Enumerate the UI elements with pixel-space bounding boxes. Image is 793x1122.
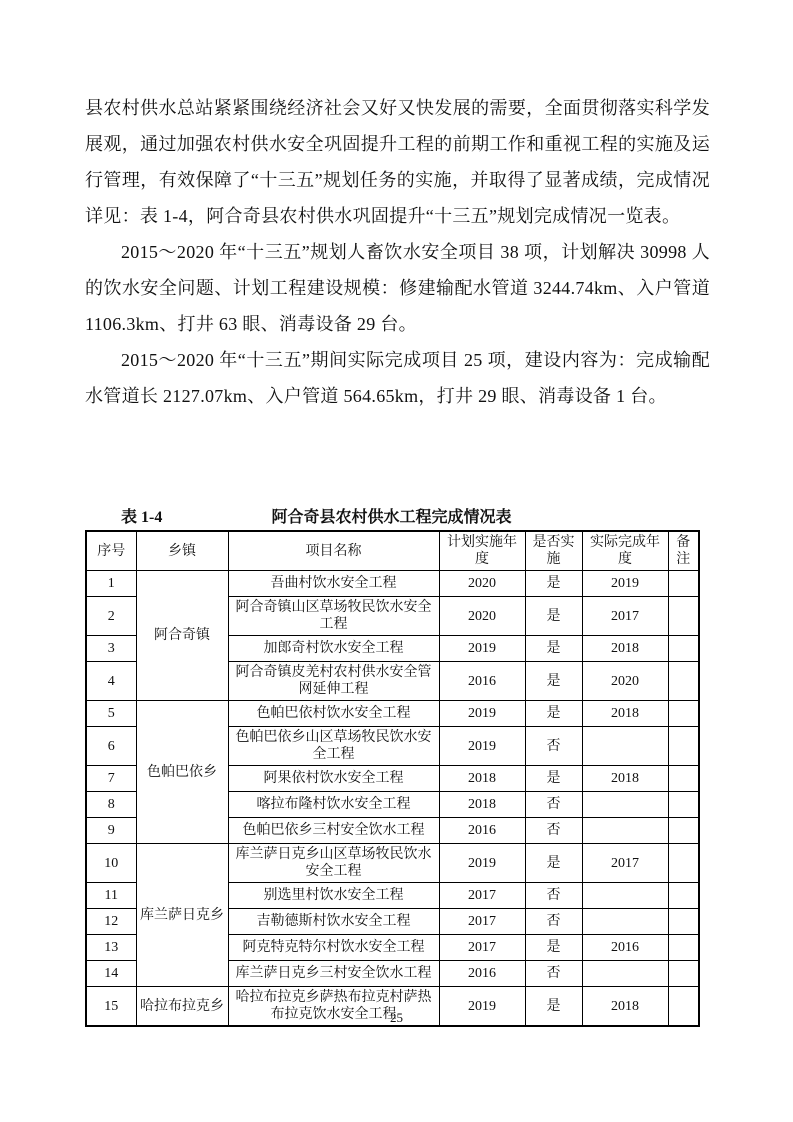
cell-plan-year: 2017 [439,883,525,909]
cell-no: 1 [86,571,136,597]
cell-implemented: 否 [525,727,582,766]
table-row: 1 阿合奇镇 吾曲村饮水安全工程 2020 是 2019 [86,571,699,597]
cell-no: 2 [86,597,136,636]
cell-note [668,701,699,727]
cell-note [668,571,699,597]
cell-implemented: 是 [525,597,582,636]
cell-project: 吉勒德斯村饮水安全工程 [228,909,439,935]
cell-implemented: 否 [525,961,582,987]
col-header-no: 序号 [86,531,136,571]
paragraph: 2015～2020 年“十三五”规划人畜饮水安全项目 38 项，计划解决 309… [85,234,710,342]
cell-no: 9 [86,818,136,844]
cell-project: 色帕巴依乡三村安全饮水工程 [228,818,439,844]
page-number: 25 [0,1010,793,1026]
cell-project: 色帕巴依村饮水安全工程 [228,701,439,727]
cell-actual-year [582,883,668,909]
cell-project: 阿克特克特尔村饮水安全工程 [228,935,439,961]
cell-project: 喀拉布隆村饮水安全工程 [228,792,439,818]
cell-town: 阿合奇镇 [136,571,228,701]
cell-project: 阿果依村饮水安全工程 [228,766,439,792]
cell-implemented: 否 [525,818,582,844]
cell-no: 5 [86,701,136,727]
cell-actual-year [582,818,668,844]
cell-implemented: 是 [525,662,582,701]
cell-note [668,636,699,662]
cell-actual-year: 2016 [582,935,668,961]
cell-actual-year [582,727,668,766]
col-header-implemented: 是否实施 [525,531,582,571]
cell-note [668,662,699,701]
cell-project: 色帕巴依乡山区草场牧民饮水安全工程 [228,727,439,766]
cell-project: 阿合奇镇皮羌村农村供水安全管网延伸工程 [228,662,439,701]
cell-note [668,909,699,935]
cell-project: 别选里村饮水安全工程 [228,883,439,909]
table-title: 阿合奇县农村供水工程完成情况表 [85,504,698,527]
cell-plan-year: 2020 [439,571,525,597]
cell-note [668,818,699,844]
body-text: 县农村供水总站紧紧围绕经济社会又好又快发展的需要，全面贯彻落实科学发展观，通过加… [85,90,710,414]
cell-no: 10 [86,844,136,883]
cell-note [668,792,699,818]
cell-note [668,766,699,792]
paragraph: 2015～2020 年“十三五”期间实际完成项目 25 项，建设内容为：完成输配… [85,342,710,414]
cell-no: 13 [86,935,136,961]
cell-project: 库兰萨日克乡山区草场牧民饮水安全工程 [228,844,439,883]
col-header-plan-year: 计划实施年度 [439,531,525,571]
cell-implemented: 是 [525,636,582,662]
cell-no: 3 [86,636,136,662]
cell-plan-year: 2019 [439,701,525,727]
cell-plan-year: 2018 [439,766,525,792]
cell-plan-year: 2017 [439,935,525,961]
cell-actual-year: 2018 [582,701,668,727]
table-caption: 表 1-4 阿合奇县农村供水工程完成情况表 [85,504,698,526]
cell-no: 8 [86,792,136,818]
cell-no: 12 [86,909,136,935]
cell-no: 14 [86,961,136,987]
table-header-row: 序号 乡镇 项目名称 计划实施年度 是否实施 实际完成年度 备注 [86,531,699,571]
document-page: { "body": { "paragraph_1": "县农村供水总站紧紧围绕经… [0,0,793,1122]
cell-actual-year: 2017 [582,597,668,636]
cell-actual-year: 2018 [582,766,668,792]
cell-project: 吾曲村饮水安全工程 [228,571,439,597]
cell-project: 加郎奇村饮水安全工程 [228,636,439,662]
cell-plan-year: 2017 [439,909,525,935]
cell-no: 7 [86,766,136,792]
table-row: 10 库兰萨日克乡 库兰萨日克乡山区草场牧民饮水安全工程 2019 是 2017 [86,844,699,883]
col-header-town: 乡镇 [136,531,228,571]
cell-plan-year: 2016 [439,818,525,844]
cell-actual-year: 2017 [582,844,668,883]
cell-plan-year: 2019 [439,727,525,766]
cell-project: 库兰萨日克乡三村安全饮水工程 [228,961,439,987]
cell-plan-year: 2018 [439,792,525,818]
cell-no: 11 [86,883,136,909]
cell-no: 4 [86,662,136,701]
cell-actual-year: 2019 [582,571,668,597]
cell-plan-year: 2016 [439,961,525,987]
cell-note [668,727,699,766]
cell-note [668,883,699,909]
cell-implemented: 是 [525,844,582,883]
cell-plan-year: 2019 [439,636,525,662]
cell-implemented: 否 [525,909,582,935]
cell-actual-year [582,909,668,935]
cell-implemented: 是 [525,766,582,792]
paragraph: 县农村供水总站紧紧围绕经济社会又好又快发展的需要，全面贯彻落实科学发展观，通过加… [85,90,710,234]
col-header-project: 项目名称 [228,531,439,571]
cell-actual-year: 2020 [582,662,668,701]
cell-town: 色帕巴依乡 [136,701,228,844]
cell-note [668,935,699,961]
cell-implemented: 是 [525,701,582,727]
cell-note [668,961,699,987]
cell-plan-year: 2019 [439,844,525,883]
cell-implemented: 是 [525,571,582,597]
cell-implemented: 否 [525,792,582,818]
cell-plan-year: 2016 [439,662,525,701]
cell-actual-year: 2018 [582,636,668,662]
cell-implemented: 是 [525,935,582,961]
cell-note [668,844,699,883]
cell-actual-year [582,792,668,818]
col-header-actual-year: 实际完成年度 [582,531,668,571]
col-header-note: 备注 [668,531,699,571]
cell-project: 阿合奇镇山区草场牧民饮水安全工程 [228,597,439,636]
cell-implemented: 否 [525,883,582,909]
completion-table: 序号 乡镇 项目名称 计划实施年度 是否实施 实际完成年度 备注 1 阿合奇镇 … [85,530,700,1027]
cell-actual-year [582,961,668,987]
table-row: 5 色帕巴依乡 色帕巴依村饮水安全工程 2019 是 2018 [86,701,699,727]
cell-note [668,597,699,636]
table-block: 表 1-4 阿合奇县农村供水工程完成情况表 序号 乡镇 项目名称 计划实施年度 … [85,504,698,1027]
cell-town: 库兰萨日克乡 [136,844,228,987]
cell-plan-year: 2020 [439,597,525,636]
cell-no: 6 [86,727,136,766]
